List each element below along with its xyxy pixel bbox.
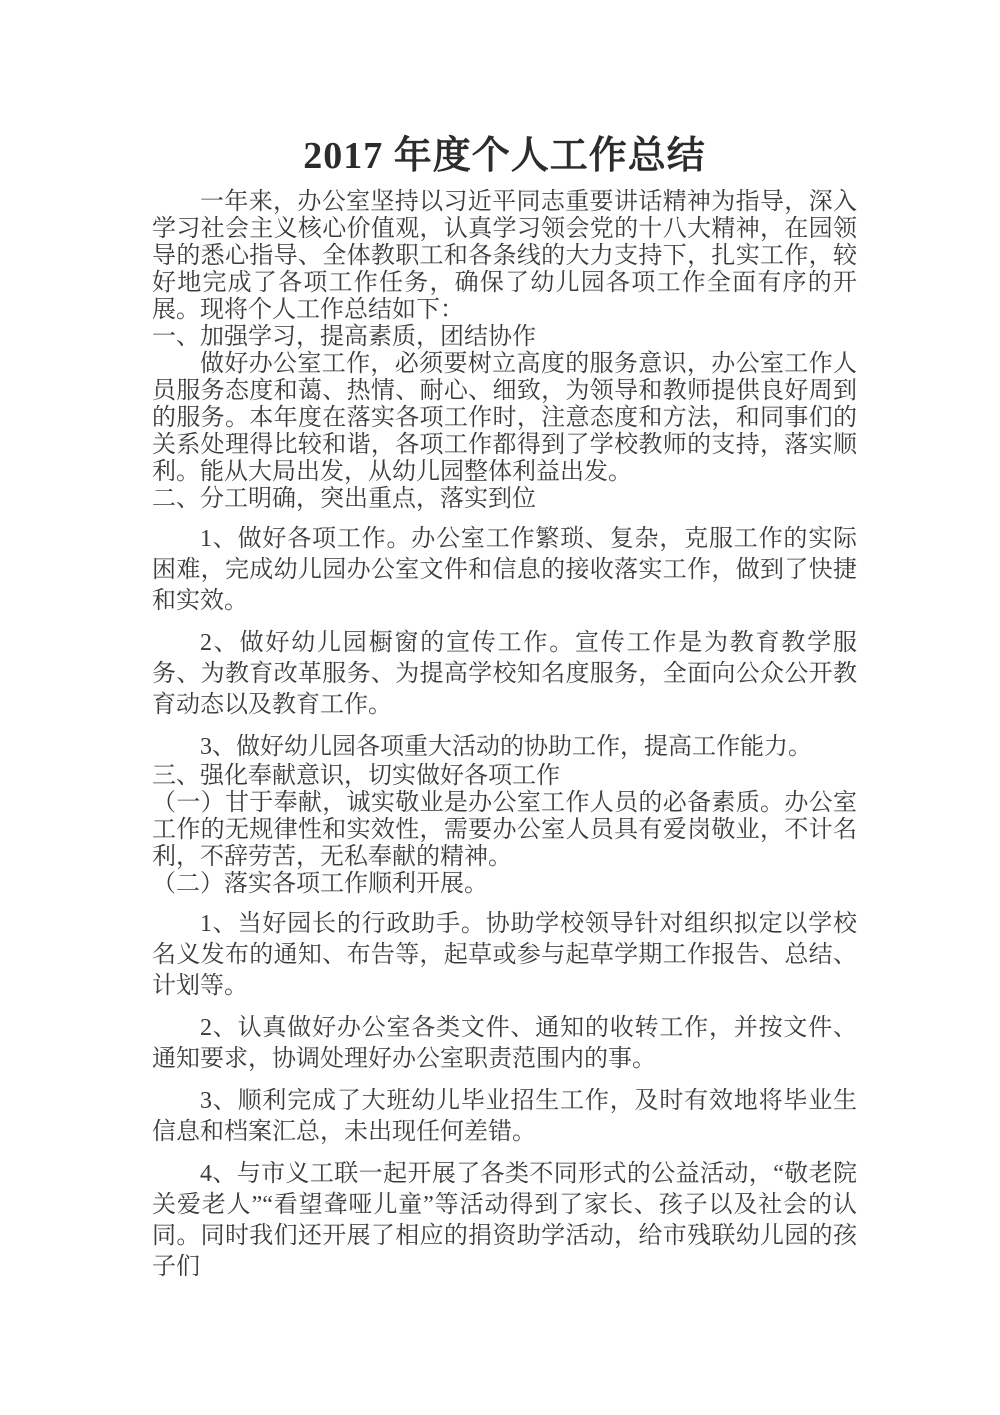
- section-heading-3: 三、强化奉献意识，切实做好各项工作: [152, 763, 857, 790]
- numbered-item-3-2: 2、认真做好办公室各类文件、通知的收转工作，并按文件、通知要求，协调处理好办公室…: [152, 1013, 857, 1075]
- paragraph-section-1: 做好办公室工作，必须要树立高度的服务意识，办公室工作人员服务态度和蔼、热情、耐心…: [152, 351, 857, 486]
- document-title: 2017 年度个人工作总结: [152, 133, 857, 179]
- numbered-item-3-3: 3、顺利完成了大班幼儿毕业招生工作，及时有效地将毕业生信息和档案汇总，未出现任何…: [152, 1086, 857, 1148]
- numbered-item-2-2: 2、做好幼儿园橱窗的宣传工作。宣传工作是为教育教学服务、为教育改革服务、为提高学…: [152, 628, 857, 721]
- intro-paragraph: 一年来，办公室坚持以习近平同志重要讲话精神为指导，深入学习社会主义核心价值观，认…: [152, 189, 857, 324]
- numbered-item-2-1: 1、做好各项工作。办公室工作繁琐、复杂，克服工作的实际困难，完成幼儿园办公室文件…: [152, 524, 857, 617]
- section-heading-2: 二、分工明确，突出重点，落实到位: [152, 486, 857, 513]
- numbered-item-2-3: 3、做好幼儿园各项重大活动的协助工作，提高工作能力。: [152, 732, 857, 763]
- subsection-paragraph-3-2: （二）落实各项工作顺利开展。: [152, 871, 857, 898]
- subsection-paragraph-3-1: （一）甘于奉献，诚实敬业是办公室工作人员的必备素质。办公室工作的无规律性和实效性…: [152, 790, 857, 871]
- document-page: 2017 年度个人工作总结 一年来，办公室坚持以习近平同志重要讲话精神为指导，深…: [0, 0, 1000, 1415]
- section-heading-1: 一、加强学习，提高素质，团结协作: [152, 324, 857, 351]
- numbered-item-3-1: 1、当好园长的行政助手。协助学校领导针对组织拟定以学校名义发布的通知、布告等，起…: [152, 909, 857, 1002]
- numbered-item-3-4: 4、与市义工联一起开展了各类不同形式的公益活动，“敬老院关爱老人”“看望聋哑儿童…: [152, 1159, 857, 1283]
